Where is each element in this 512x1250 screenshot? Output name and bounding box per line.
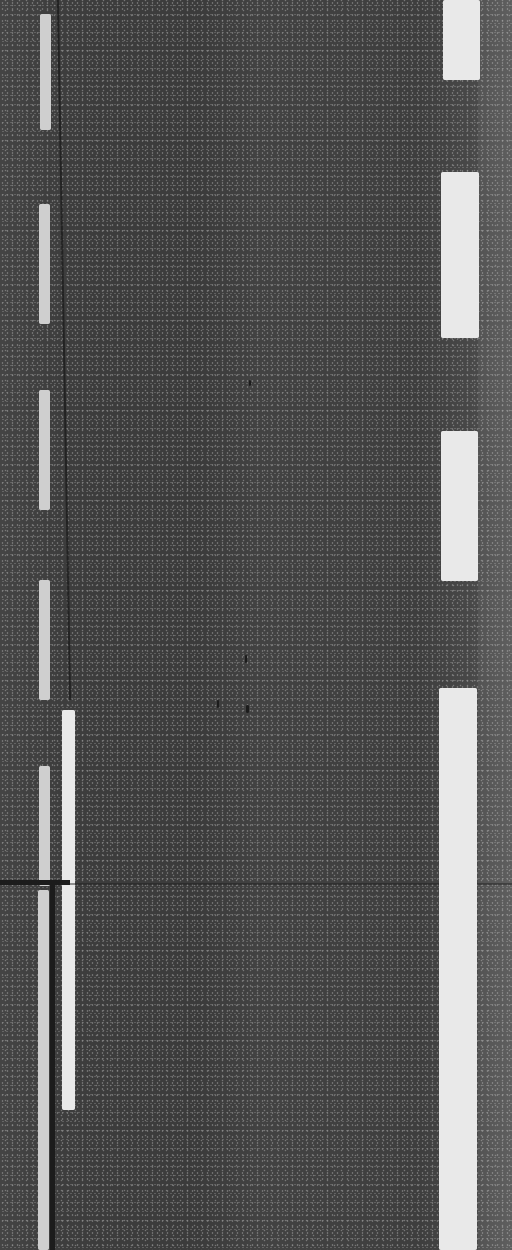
surface-spot <box>245 655 247 663</box>
transverse-joint <box>0 880 70 885</box>
right-shoulder-shade <box>478 0 512 1250</box>
inner-solid-line <box>62 710 75 1110</box>
left-lane-dash <box>39 390 50 510</box>
left-lane-dash <box>39 766 50 886</box>
left-edge-line <box>38 890 49 1250</box>
road-surface <box>0 0 512 1250</box>
right-lane-dash <box>443 0 480 80</box>
surface-spot <box>249 380 251 386</box>
left-lane-dash <box>39 580 50 700</box>
edge-crack <box>50 880 55 1250</box>
right-lane-dash <box>439 688 477 1250</box>
asphalt-texture <box>0 0 512 1250</box>
right-lane-dash <box>441 172 479 338</box>
left-lane-dash <box>40 14 51 130</box>
surface-spot <box>246 705 249 713</box>
right-lane-dash <box>441 431 478 581</box>
surface-spot <box>217 700 219 708</box>
left-lane-dash <box>39 204 50 324</box>
